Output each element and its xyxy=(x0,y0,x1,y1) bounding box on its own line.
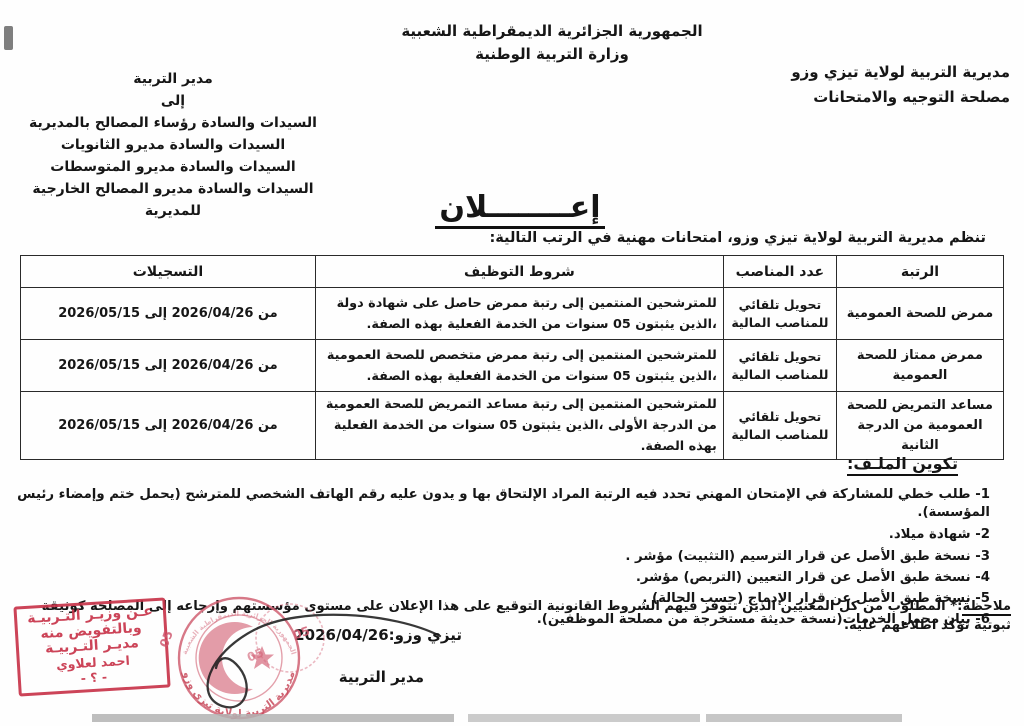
sender-line: مدير التربية xyxy=(6,68,340,90)
conditions-cell: للمترشحين المنتمين إلى رتبة مساعد التمري… xyxy=(315,392,723,460)
file-section-heading-wrap: تكوين الملـف: xyxy=(847,454,958,473)
col-header-registration: التسجيلات xyxy=(21,256,316,288)
positions-cell: تحويل تلقائي للمناصب المالية xyxy=(723,288,836,340)
note-label: ملاحظة xyxy=(962,599,1011,616)
registration-cell: من 2026/04/26 إلى 2026/05/15 xyxy=(21,392,316,460)
recipient-line: السيدات والسادة رؤساء المصالح بالمديرية xyxy=(6,112,340,134)
col-header-rank: الرتبة xyxy=(836,256,1003,288)
table-row: ممرض للصحة العمومية تحويل تلقائي للمناصب… xyxy=(21,288,1004,340)
announcement-title: إعــــــــلان xyxy=(435,190,604,229)
table-row: مساعد التمريض للصحة العمومية من الدرجة ا… xyxy=(21,392,1004,460)
rank-cell: ممرض للصحة العمومية xyxy=(836,288,1003,340)
signature-stroke xyxy=(208,615,440,708)
scan-artifact-mark xyxy=(4,26,13,50)
recipient-line: السيدات والسادة مديرو المتوسطات xyxy=(6,156,340,178)
positions-cell: تحويل تلقائي للمناصب المالية xyxy=(723,392,836,460)
registration-cell: من 2026/04/26 إلى 2026/05/15 xyxy=(21,340,316,392)
conditions-cell: للمترشحين المنتمين إلى رتبة ممرض حاصل عل… xyxy=(315,288,723,340)
file-item: 4- نسخة طبق الأصل عن قرار التعيين (الترب… xyxy=(16,569,990,587)
rank-cell: مساعد التمريض للصحة العمومية من الدرجة ا… xyxy=(836,392,1003,460)
col-header-positions: عدد المناصب xyxy=(723,256,836,288)
announcement-title-wrap: إعــــــــلان xyxy=(8,190,1024,225)
scan-artifact-strip xyxy=(92,714,454,722)
ranks-table: الرتبة عدد المناصب شروط التوظيف التسجيلا… xyxy=(20,255,1004,460)
intro-line: تنظم مديرية التربية لولاية تيزي وزو، امت… xyxy=(489,230,986,246)
scan-artifact-strip xyxy=(468,714,700,722)
rank-cell: ممرض ممتاز للصحة العمومية xyxy=(836,340,1003,392)
file-item: 1- طلب خطي للمشاركة في الإمتحان المهني ت… xyxy=(16,486,990,522)
file-item: 2- شهادة ميلاد. xyxy=(16,526,990,544)
scanned-announcement-document: الجمهورية الجزائرية الديمقراطية الشعبية … xyxy=(0,0,1024,726)
to-label: إلى xyxy=(6,90,340,112)
rectangular-stamp: عـن وزيـر التـربيـة وبالتفويض منه مديـر … xyxy=(13,597,170,696)
table-row: ممرض ممتاز للصحة العمومية تحويل تلقائي ل… xyxy=(21,340,1004,392)
header-right: مديرية التربية لولاية تيزي وزو مصلحة الت… xyxy=(791,60,1010,110)
file-section-heading: تكوين الملـف: xyxy=(847,454,958,476)
republic-title: الجمهورية الجزائرية الديمقراطية الشعبية xyxy=(40,20,1024,43)
directorate-line: مديرية التربية لولاية تيزي وزو xyxy=(791,60,1010,85)
pen-signature xyxy=(178,598,468,723)
registration-cell: من 2026/04/26 إلى 2026/05/15 xyxy=(21,288,316,340)
conditions-cell: للمترشحين المنتمين إلى رتبة ممرض متخصص ل… xyxy=(315,340,723,392)
col-header-conditions: شروط التوظيف xyxy=(315,256,723,288)
positions-cell: تحويل تلقائي للمناصب المالية xyxy=(723,340,836,392)
scan-artifact-strip xyxy=(706,714,902,722)
file-item: 3- نسخة طبق الأصل عن قرار الترسيم (التثب… xyxy=(16,548,990,566)
table-header-row: الرتبة عدد المناصب شروط التوظيف التسجيلا… xyxy=(21,256,1004,288)
recipient-line: السيدات والسادة مديرو الثانويات xyxy=(6,134,340,156)
service-line: مصلحة التوجيه والامتحانات xyxy=(791,85,1010,110)
